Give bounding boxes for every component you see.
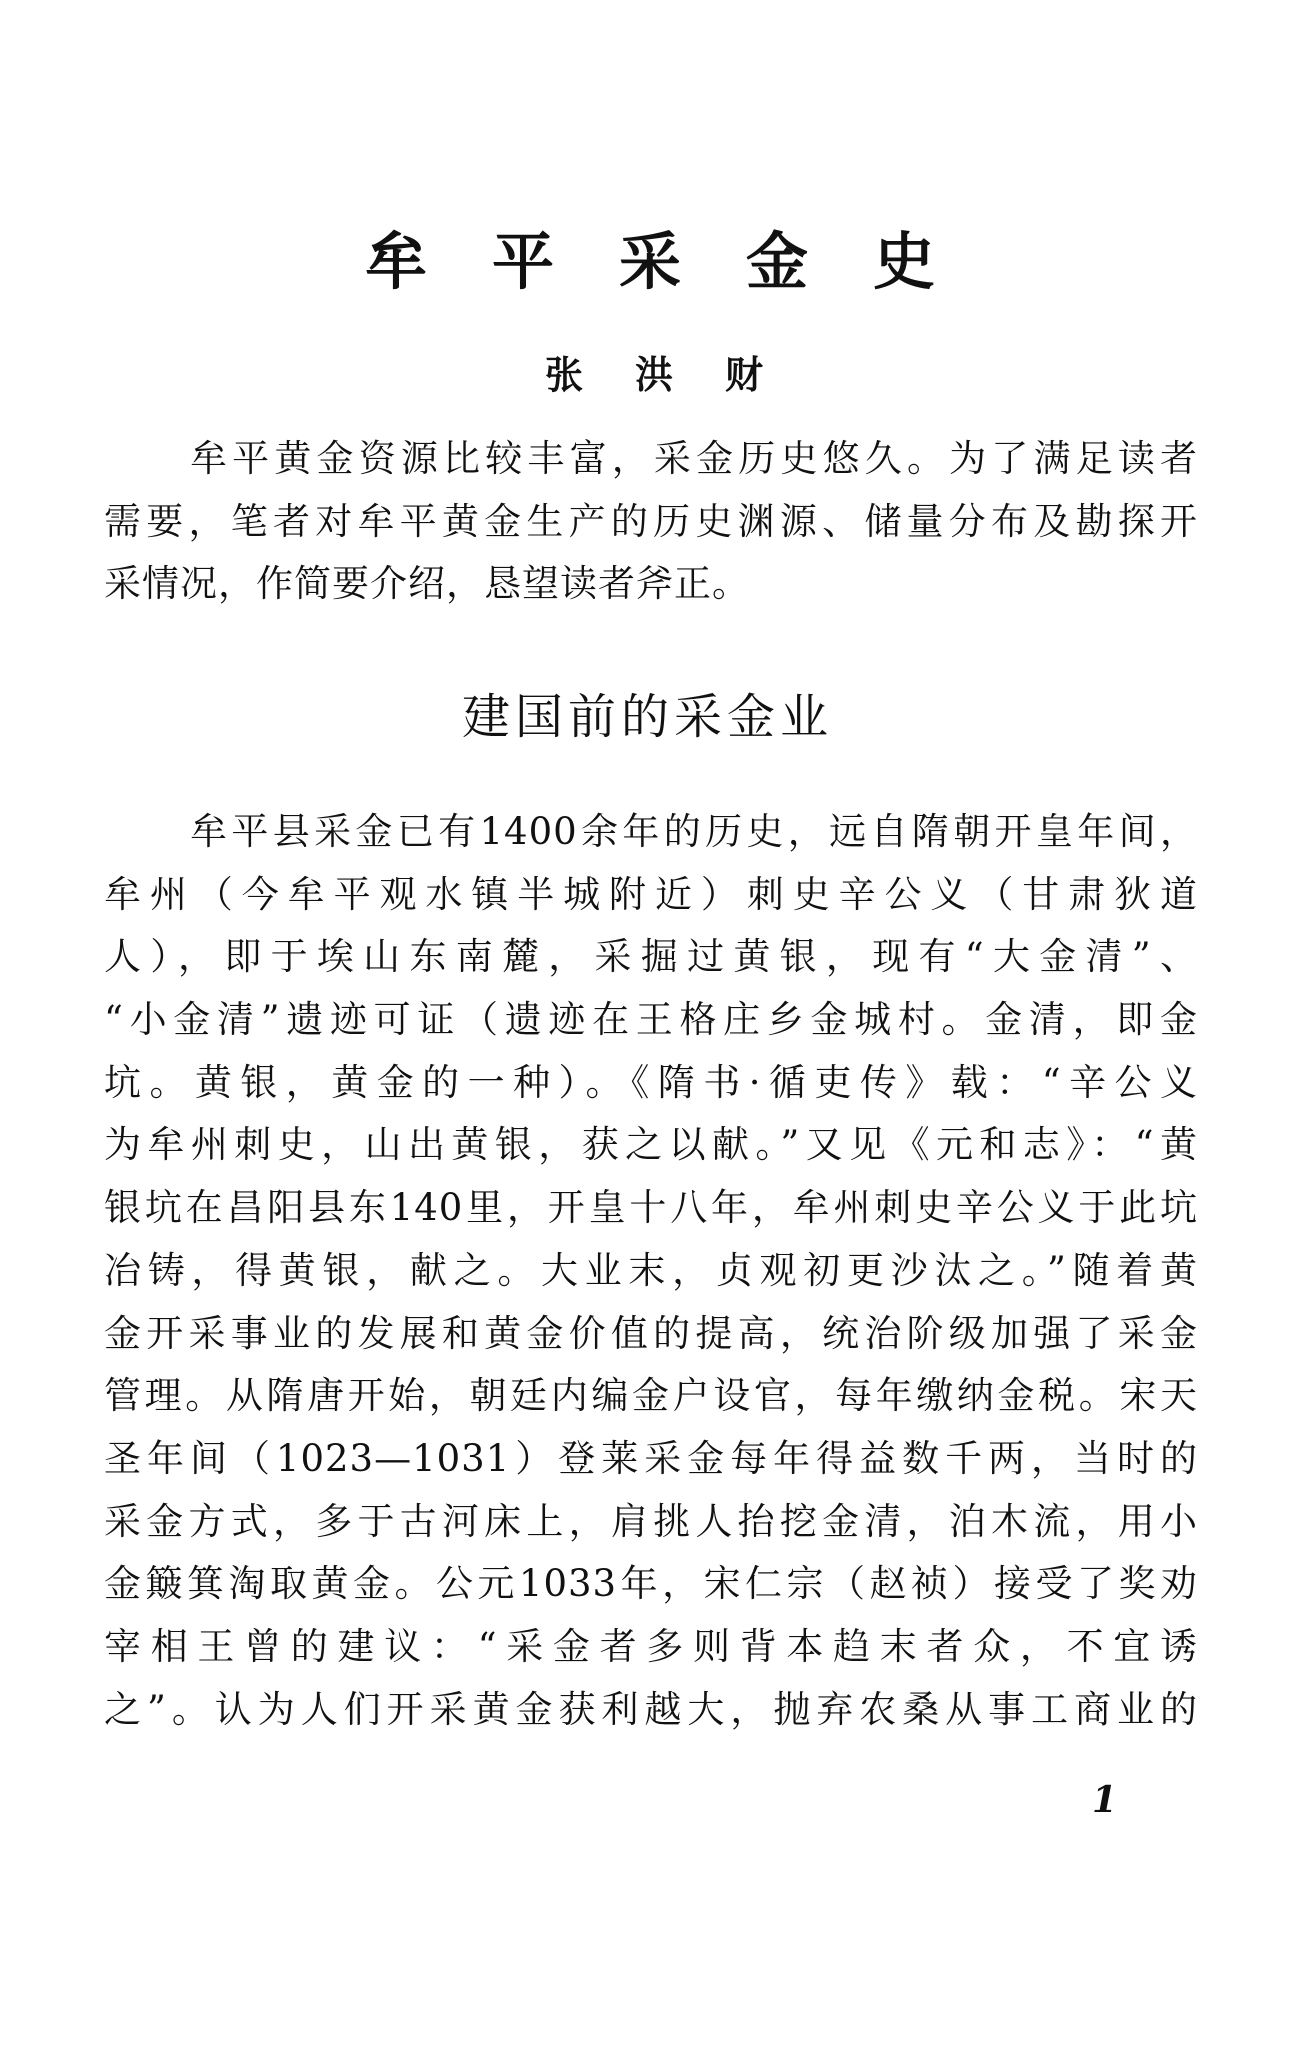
text-line: 银坑在昌阳县东140里，开皇十八年，牟州刺史辛公义于此坑	[104, 1186, 1198, 1249]
text-line: 金簸箕淘取黄金。公元1033年，宋仁宗（赵祯）接受了奖劝	[104, 1562, 1198, 1625]
author-char: 洪	[635, 350, 673, 400]
text-line: 宰相王曾的建议：“采金者多则背本趋末者众，不宜诱	[104, 1625, 1198, 1688]
text-line: 冶铸，得黄银，献之。大业末，贞观初更沙汰之。”随着黄	[104, 1249, 1198, 1312]
title-char: 金	[746, 222, 808, 302]
document-page: 牟 平 采 金 史 张 洪 财 牟平黄金资源比较丰富，采金历史悠久。为了满足读者…	[0, 0, 1313, 2062]
author-char: 财	[725, 350, 763, 400]
page-number: 1	[1092, 1780, 1117, 1820]
text-line: 为牟州刺史，山出黄银，获之以献。”又见《元和志》：“黄	[104, 1123, 1198, 1186]
text-line: 采金方式，多于古河床上，肩挑人抬挖金清，泊木流，用小	[104, 1500, 1198, 1563]
text-line: 圣年间（1023—1031）登莱采金每年得益数千两，当时的	[104, 1437, 1198, 1500]
title-char: 平	[492, 222, 554, 302]
text-line: 牟平县采金已有1400余年的历史，远自隋朝开皇年间，	[104, 810, 1198, 873]
body-paragraph: 牟平县采金已有1400余年的历史，远自隋朝开皇年间， 牟州（今牟平观水镇半城附近…	[104, 810, 1198, 1750]
intro-paragraph: 牟平黄金资源比较丰富，采金历史悠久。为了满足读者 需要，笔者对牟平黄金生产的历史…	[104, 437, 1198, 625]
text-line: 金开采事业的发展和黄金价值的提高，统治阶级加强了采金	[104, 1312, 1198, 1375]
title-char: 采	[619, 222, 681, 302]
title-char: 牟	[365, 222, 427, 302]
section-heading: 建国前的采金业	[462, 686, 842, 748]
article-title: 牟 平 采 金 史	[365, 222, 935, 302]
text-line: 之”。认为人们开采黄金获利越大，抛弃农桑从事工商业的	[104, 1688, 1198, 1751]
text-line: 牟州（今牟平观水镇半城附近）刺史辛公义（甘肃狄道	[104, 873, 1198, 936]
author-name: 张 洪 财	[545, 350, 763, 400]
text-line: 管理。从隋唐开始，朝廷内编金户设官，每年缴纳金税。宋天	[104, 1374, 1198, 1437]
text-line: 采情况，作简要介绍，恳望读者斧正。	[104, 562, 1198, 625]
title-char: 史	[873, 222, 935, 302]
text-line: 人），即于埃山东南麓，采掘过黄银，现有“大金清”、	[104, 935, 1198, 998]
text-line: 需要，笔者对牟平黄金生产的历史渊源、储量分布及勘探开	[104, 500, 1198, 563]
author-char: 张	[545, 350, 583, 400]
text-line: 坑。黄银，黄金的一种）。《隋书·循吏传》载：“辛公义	[104, 1061, 1198, 1124]
text-line: 牟平黄金资源比较丰富，采金历史悠久。为了满足读者	[104, 437, 1198, 500]
text-line: “小金清”遗迹可证（遗迹在王格庄乡金城村。金清，即金	[104, 998, 1198, 1061]
